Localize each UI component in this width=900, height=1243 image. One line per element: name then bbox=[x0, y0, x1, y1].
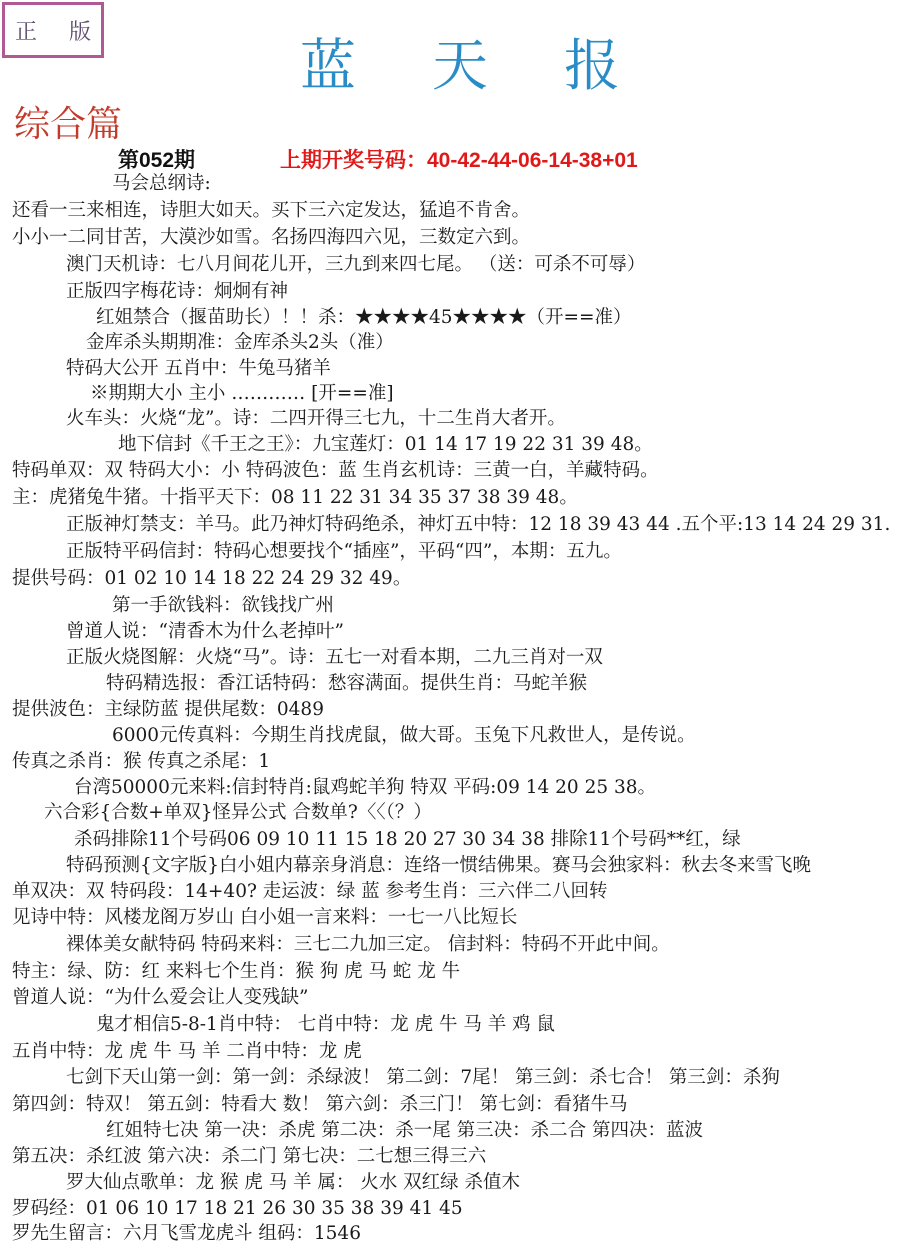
text-line: 提供波色：主绿防蓝 提供尾数：0489 bbox=[12, 698, 324, 722]
text-line: 五肖中特：龙 虎 牛 马 羊 二肖中特：龙 虎 bbox=[12, 1040, 362, 1064]
text-line: 单双决：双 特码段：14+40? 走运波：绿 蓝 参考生肖：三六伴二八回转 bbox=[12, 880, 608, 904]
text-line: 6000元传真料：今期生肖找虎鼠，做大哥。玉兔下凡救世人，是传说。 bbox=[112, 724, 696, 748]
title-char-1: 蓝 bbox=[300, 22, 356, 102]
text-line: 地下信封《千王之王》：九宝莲灯：01 14 17 19 22 31 39 48。 bbox=[118, 433, 653, 457]
text-line: 还看一三来相连，诗胆大如天。买下三六定发达，猛追不肯舍。 bbox=[12, 199, 530, 223]
text-line: 曾道人说：“为什么爱会让人变残缺” bbox=[12, 986, 308, 1010]
title-char-2: 天 bbox=[432, 22, 488, 102]
text-line: 正版神灯禁支：羊马。此乃神灯特码绝杀，神灯五中特：12 18 39 43 44 … bbox=[66, 513, 890, 537]
text-line: 小小一二同甘苦，大漠沙如雪。名扬四海四六见，三数定六到。 bbox=[12, 226, 530, 250]
text-line: 特码预测{文字版}白小姐内幕亲身消息：连络一惯结佛果。赛马会独家料：秋去冬来雪飞… bbox=[66, 854, 811, 878]
text-line: 第五决：杀红波 第六决：杀二门 第七决：二七想三得三六 bbox=[12, 1145, 486, 1169]
section-heading: 综合篇 bbox=[14, 96, 122, 147]
text-line: 正版四字梅花诗：炯炯有神 bbox=[66, 280, 288, 304]
last-draw-numbers: 上期开奖号码：40-42-44-06-14-38+01 bbox=[280, 144, 638, 174]
text-line: 罗码经：01 06 10 17 18 21 26 30 35 38 39 41 … bbox=[12, 1197, 463, 1221]
issue-number: 第052期 bbox=[118, 144, 195, 174]
text-line: 特码大公开 五肖中：牛兔马猪羊 bbox=[66, 357, 331, 381]
authentic-edition-badge: 正 版 bbox=[2, 2, 104, 58]
text-line: 台湾50000元来料:信封特肖:鼠鸡蛇羊狗 特双 平码:09 14 20 25 … bbox=[74, 776, 656, 800]
text-line: 特码精选报：香江话特码：愁容满面。提供生肖：马蛇羊猴 bbox=[106, 672, 587, 696]
text-line: 正版火烧图解：火烧“马”。诗：五七一对看本期，二九三肖对一双 bbox=[66, 646, 603, 670]
text-line: 特码单双：双 特码大小：小 特码波色：蓝 生肖玄机诗：三黄一白，羊藏特码。 bbox=[12, 459, 659, 483]
text-line: 提供号码：01 02 10 14 18 22 24 29 32 49。 bbox=[12, 567, 411, 591]
text-line: 杀码排除11个号码06 09 10 11 15 18 20 27 30 34 3… bbox=[74, 828, 741, 852]
text-line: 第一手欲钱料：欲钱找广州 bbox=[112, 594, 334, 618]
text-line: 火车头：火烧“龙”。诗：二四开得三七九，十二生肖大者开。 bbox=[66, 407, 566, 431]
badge-char-left: 正 bbox=[15, 15, 37, 46]
text-line: 罗先生留言：六月飞雪龙虎斗 组码：1546 bbox=[12, 1222, 361, 1243]
text-line: 六合彩{合数+单双}怪异公式 合数单?〈〈（？） bbox=[44, 801, 432, 825]
text-line: 正版特平码信封：特码心想要找个“插座”，平码“四”，本期：五九。 bbox=[66, 540, 622, 564]
masthead-title: 蓝 天 报 bbox=[300, 22, 620, 102]
text-line: 主：虎猪兔牛猪。十指平天下：08 11 22 31 34 35 37 38 39… bbox=[12, 486, 578, 510]
text-line: 澳门天机诗：七八月间花儿开，三九到来四七尾。 （送：可杀不可辱） bbox=[66, 253, 645, 277]
text-line: 裸体美女献特码 特码来料：三七二九加三定。 信封料：特码不开此中间。 bbox=[66, 933, 670, 957]
text-line: 红姐特七决 第一决：杀虎 第二决：杀一尾 第三决：杀二合 第四决：蓝波 bbox=[106, 1119, 703, 1143]
text-line: 七剑下天山第一剑：第一剑：杀绿波！ 第二剑：7尾！ 第三剑：杀七合！ 第三剑：杀… bbox=[66, 1066, 780, 1090]
text-line: 曾道人说：“清香木为什么老掉叶” bbox=[66, 620, 344, 644]
text-line: 特主：绿、防：红 来料七个生肖：猴 狗 虎 马 蛇 龙 牛 bbox=[12, 960, 460, 984]
text-line: 见诗中特：风楼龙阁万岁山 白小姐一言来料：一七一八比短长 bbox=[12, 906, 517, 930]
badge-char-right: 版 bbox=[69, 15, 91, 46]
text-line: 传真之杀肖：猴 传真之杀尾：1 bbox=[12, 750, 270, 774]
text-line: 罗大仙点歌单：龙 猴 虎 马 羊 属： 火水 双红绿 杀值木 bbox=[66, 1171, 520, 1195]
text-line: ※期期大小 主小 ………… [开==准] bbox=[90, 382, 394, 406]
text-line: 金库杀头期期准：金库杀头2头（准） bbox=[86, 331, 394, 355]
text-line: 马会总纲诗: bbox=[112, 172, 211, 196]
title-char-3: 报 bbox=[564, 22, 620, 102]
text-line: 鬼才相信5-8-1肖中特： 七肖中特：龙 虎 牛 马 羊 鸡 鼠 bbox=[96, 1013, 555, 1037]
text-line: 第四剑：特双！ 第五剑：特看大 数！ 第六剑：杀三门！ 第七剑：看猪牛马 bbox=[12, 1093, 628, 1117]
text-line: 红姐禁合（揠苗助长）！！杀：★★★★45★★★★（开==准） bbox=[96, 306, 632, 330]
